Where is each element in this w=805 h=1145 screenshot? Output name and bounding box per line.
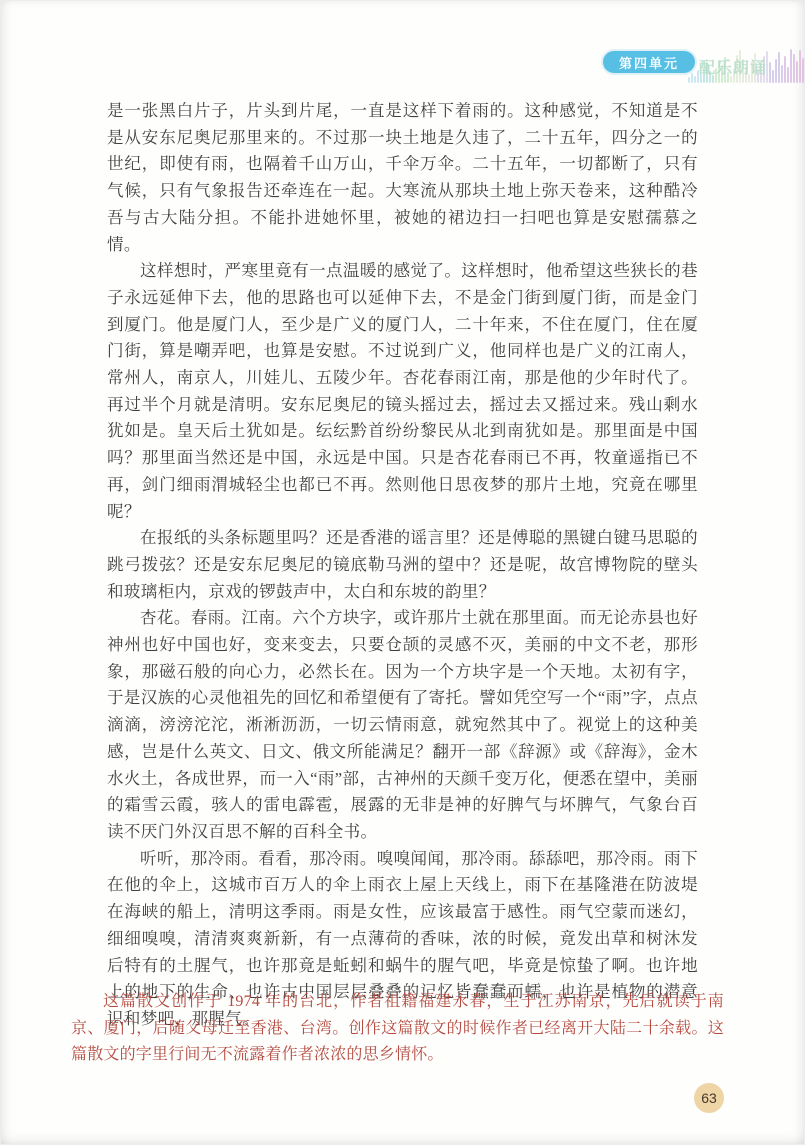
essay-body: 是一张黑白片子，片头到片尾，一直是这样下着雨的。这种感觉，不知道是不是从安东尼奥… (107, 98, 698, 1033)
waveform-bar (769, 62, 771, 83)
section-watermark: 配乐朗诵 (699, 55, 767, 78)
waveform-bar (793, 54, 795, 83)
waveform-bar (796, 61, 798, 83)
waveform-bar (775, 59, 777, 83)
waveform-bar (802, 58, 804, 83)
unit-badge-label: 第四单元 (619, 53, 679, 72)
waveform-bar (694, 76, 696, 83)
waveform-bar (799, 50, 801, 83)
page-number-badge: 63 (694, 1083, 724, 1113)
waveform-bar (691, 73, 693, 83)
essay-paragraph: 在报纸的头条标题里吗？还是香港的谣言里？还是傅聪的黑键白键马思聪的跳弓拨弦？还是… (107, 525, 698, 605)
waveform-bar (781, 65, 783, 83)
book-page: 第四单元 配乐朗诵 是一张黑白片子，片头到片尾，一直是这样下着雨的。这种感觉，不… (0, 0, 805, 1145)
essay-paragraph: 杏花。春雨。江南。六个方块字，或许那片土就在那里面。而无论赤县也好神州也好中国也… (107, 605, 698, 845)
waveform-bar (772, 70, 774, 83)
page-number: 63 (701, 1090, 717, 1106)
waveform-bar (790, 49, 792, 83)
waveform-bar (688, 77, 690, 83)
waveform-bar (778, 52, 780, 83)
waveform-bar (784, 56, 786, 83)
author-note: 这篇散文创作于 1974 年的台北，作者祖籍福建永春，生于江苏南京，先后就读于南… (71, 989, 724, 1069)
essay-paragraph: 这样想时，严寒里竟有一点温暖的感觉了。这样想时，他希望这些狭长的巷子永远延伸下去… (107, 258, 698, 525)
unit-badge: 第四单元 (603, 51, 695, 73)
essay-paragraph: 是一张黑白片子，片头到片尾，一直是这样下着雨的。这种感觉，不知道是不是从安东尼奥… (107, 98, 698, 258)
waveform-bar (787, 67, 789, 83)
